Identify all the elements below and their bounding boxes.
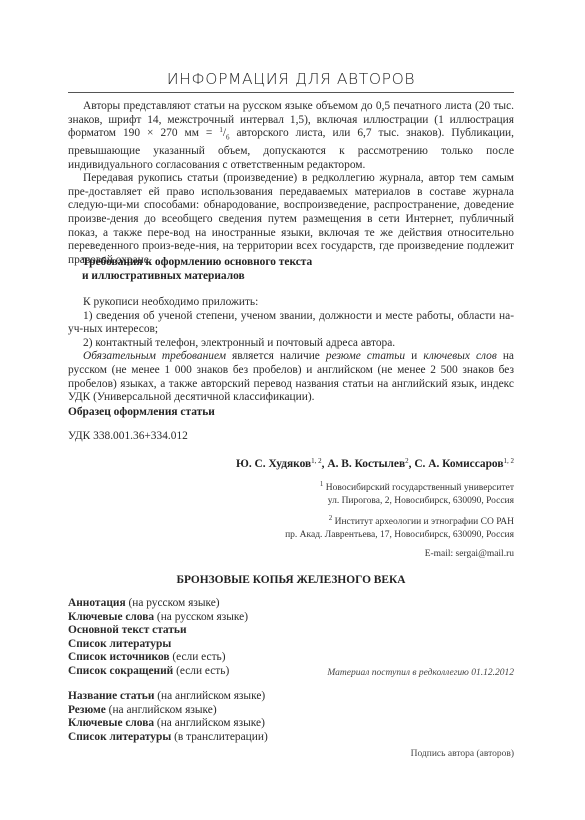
section-item-note: (на русском языке) — [154, 611, 248, 623]
section-item: Список сокращений (если есть) — [68, 665, 248, 679]
plain-text: является наличие — [226, 350, 326, 362]
author-name: С. А. Комиссаров — [414, 458, 503, 470]
section-item-name: Список источников — [68, 651, 170, 663]
section-item-name: Резюме — [68, 704, 106, 716]
section-item: Список источников (если есть) — [68, 651, 248, 665]
section-item-name: Список литературы — [68, 731, 171, 743]
author-affil-sup: 1, 2 — [504, 457, 515, 465]
section-item: Список литературы — [68, 638, 248, 652]
section-item-name: Ключевые слова — [68, 717, 154, 729]
affil-sup: 1 — [320, 480, 324, 488]
section-item-note: (если есть) — [170, 651, 226, 663]
author-email: E-mail: sergai@mail.ru — [425, 548, 514, 561]
requirements-title-line2: и иллюстративных материалов — [82, 270, 312, 284]
author-1: Ю. С. Худяков1, 2, — [236, 458, 327, 470]
section-item: Аннотация (на русском языке) — [68, 597, 248, 611]
italic-text: Обязательным требованием — [83, 350, 226, 362]
author-name: А. В. Костылев — [327, 458, 405, 470]
requirements-item-2: 2) контактный телефон, электронный и поч… — [68, 337, 514, 351]
section-item-name: Ключевые слова — [68, 611, 154, 623]
requirements-title-line1: Требования к оформлению основного текста — [82, 256, 312, 270]
affiliation-1: 1 Новосибирский государственный универси… — [320, 482, 514, 507]
section-item: Список литературы (в транслитерации) — [68, 731, 268, 745]
affil-1-name: Новосибирский государственный университе… — [326, 483, 514, 493]
received-date: Материал поступил в редколлегию 01.12.20… — [327, 668, 514, 678]
article-title: БРОНЗОВЫЕ КОПЬЯ ЖЕЛЕЗНОГО ВЕКА — [68, 574, 514, 586]
udk-code: УДК 338.001.36+334.012 — [68, 430, 188, 444]
section-item-note: (на английском языке) — [154, 717, 265, 729]
author-3: С. А. Комиссаров1, 2 — [414, 458, 514, 470]
affil-2-address: пр. Акад. Лаврентьева, 17, Новосибирск, … — [285, 529, 514, 542]
section-item-name: Список литературы — [68, 638, 171, 650]
header-rule — [68, 92, 514, 93]
requirements-section: К рукописи необходимо приложить: 1) свед… — [68, 296, 514, 405]
section-item-note: (если есть) — [173, 665, 229, 677]
section-item-note: (на русском языке) — [126, 597, 220, 609]
italic-text: ключевых слов — [423, 350, 496, 362]
intro-section: Авторы представляют статьи на русском яз… — [68, 100, 514, 267]
section-item-note: (на английском языке) — [106, 704, 217, 716]
affil-sup: 2 — [329, 514, 333, 522]
intro-paragraph-1: Авторы представляют статьи на русском яз… — [68, 100, 514, 172]
authors-line: Ю. С. Худяков1, 2, А. В. Костылев2, С. А… — [236, 458, 514, 470]
sections-ru-list: Аннотация (на русском языке)Ключевые сло… — [68, 597, 248, 679]
requirements-item-1: 1) сведения об ученой степени, ученом зв… — [68, 310, 514, 337]
plain-text: и — [405, 350, 423, 362]
affil-2-name: Институт археологии и этнографии СО РАН — [335, 517, 514, 527]
section-item: Ключевые слова (на английском языке) — [68, 717, 268, 731]
intro-paragraph-2: Передавая рукопись статьи (произведение)… — [68, 172, 514, 267]
author-2: А. В. Костылев2, — [327, 458, 414, 470]
section-item: Ключевые слова (на русском языке) — [68, 611, 248, 625]
affil-1-address: ул. Пирогова, 2, Новосибирск, 630090, Ро… — [320, 495, 514, 508]
section-item-note: (в транслитерации) — [171, 731, 268, 743]
author-affil-sup: 1, 2 — [311, 457, 322, 465]
page-header-title: ИНФОРМАЦИЯ ДЛЯ АВТОРОВ — [68, 70, 514, 88]
sample-title: Образец оформления статьи — [68, 406, 215, 420]
author-name: Ю. С. Худяков — [236, 458, 311, 470]
requirements-lead: К рукописи необходимо приложить: — [68, 296, 514, 310]
section-item: Название статьи (на английском языке) — [68, 690, 268, 704]
section-item-name: Аннотация — [68, 597, 126, 609]
requirements-paragraph: Обязательным требованием является наличи… — [68, 350, 514, 404]
affiliation-2: 2 Институт археологии и этнографии СО РА… — [285, 516, 514, 541]
section-item-note: (на английском языке) — [154, 690, 265, 702]
author-signature: Подпись автора (авторов) — [411, 749, 514, 759]
italic-text: резюме статьи — [326, 350, 405, 362]
sections-en-list: Название статьи (на английском языке)Рез… — [68, 690, 268, 744]
section-item-name: Список сокращений — [68, 665, 173, 677]
section-item-name: Название статьи — [68, 690, 154, 702]
fraction-numerator: 1 — [219, 126, 223, 134]
section-item-name: Основной текст статьи — [68, 624, 187, 636]
section-item: Основной текст статьи — [68, 624, 248, 638]
requirements-title: Требования к оформлению основного текста… — [82, 256, 312, 283]
section-item: Резюме (на английском языке) — [68, 704, 268, 718]
